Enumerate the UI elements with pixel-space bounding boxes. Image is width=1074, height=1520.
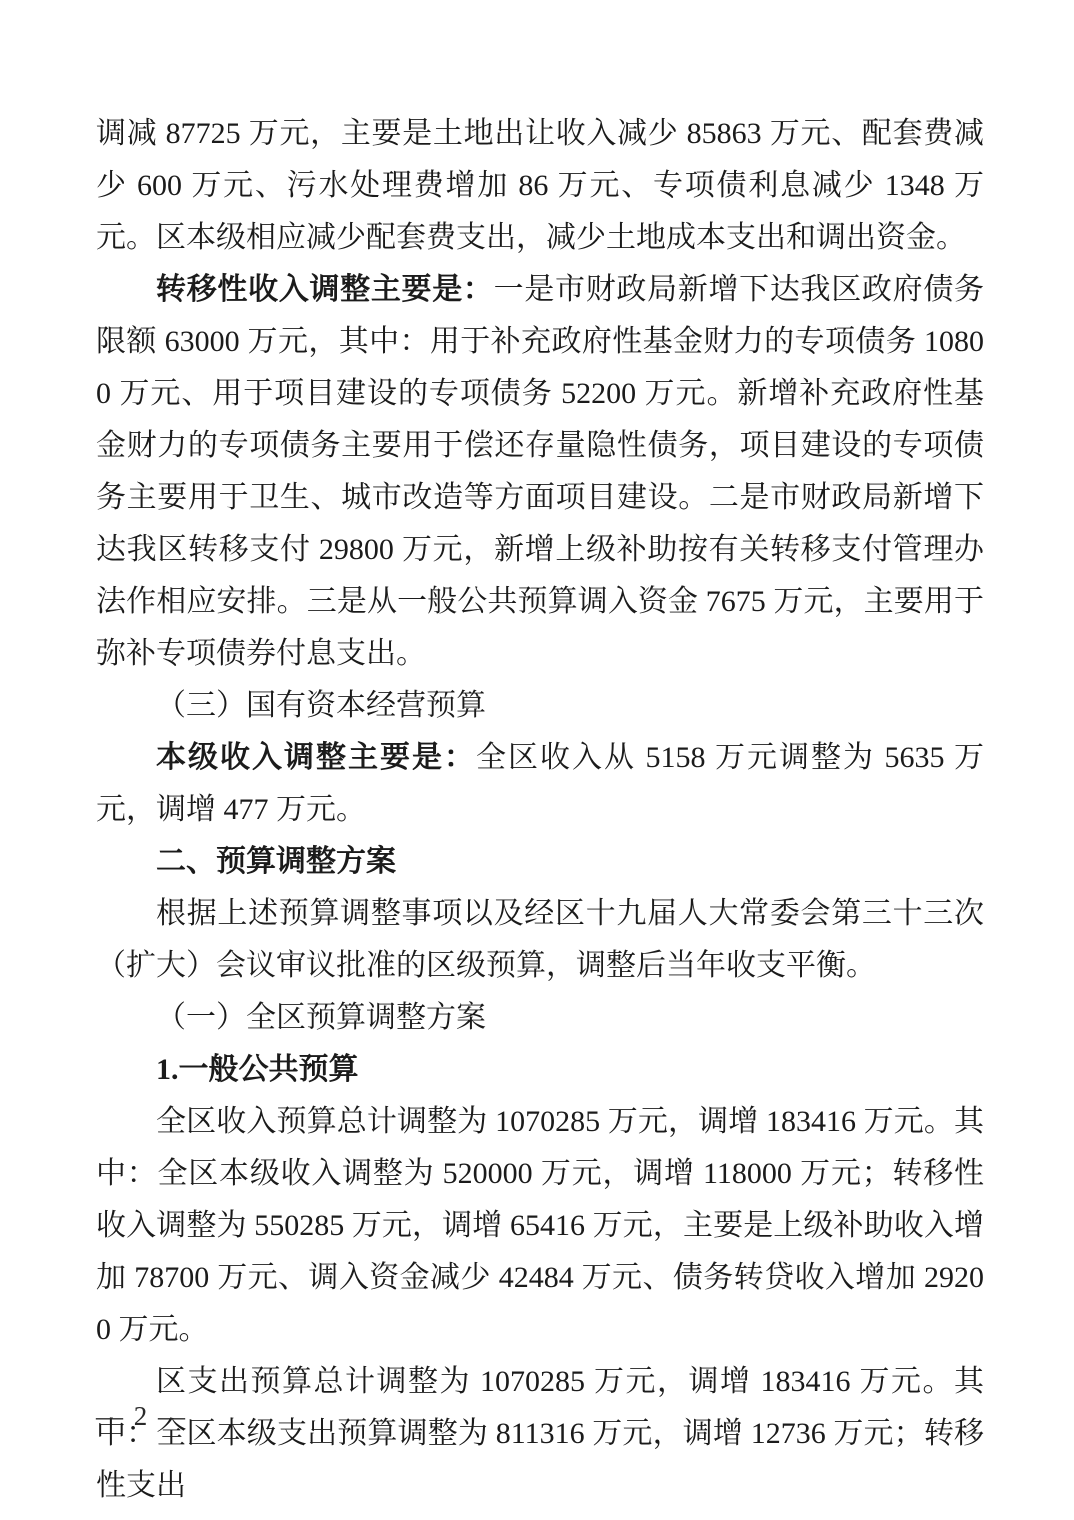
- paragraph-basis: 根据上述预算调整事项以及经区十九届人大常委会第三十三次（扩大）会议审议批准的区级…: [96, 888, 984, 992]
- page-number: — 2 —: [96, 1399, 187, 1433]
- paragraph-text: 全区收入预算总计调整为 1070285 万元，调增 183416 万元。其中：全…: [96, 1105, 984, 1346]
- subsection-heading-state-capital: （三）国有资本经营预算: [96, 680, 984, 732]
- document-page: 调减 87725 万元，主要是土地出让收入减少 85863 万元、配套费减少 6…: [0, 0, 1074, 1520]
- paragraph-income-budget: 全区收入预算总计调整为 1070285 万元，调增 183416 万元。其中：全…: [96, 1096, 984, 1356]
- paragraph-lead: 本级收入调整主要是：: [156, 741, 476, 774]
- paragraph-transfer-income: 转移性收入调整主要是：一是市财政局新增下达我区政府债务限额 63000 万元，其…: [96, 264, 984, 680]
- paragraph-text: 调减 87725 万元，主要是土地出让收入减少 85863 万元、配套费减少 6…: [96, 117, 984, 254]
- subsection-heading-general-public-budget: 1.一般公共预算: [96, 1044, 984, 1096]
- paragraph-text: 一是市财政局新增下达我区政府债务限额 63000 万元，其中：用于补充政府性基金…: [96, 273, 984, 670]
- paragraph-local-income: 本级收入调整主要是：全区收入从 5158 万元调整为 5635 万元，调增 47…: [96, 732, 984, 836]
- paragraph-continuation: 调减 87725 万元，主要是土地出让收入减少 85863 万元、配套费减少 6…: [96, 108, 984, 264]
- chapter-heading-adjustment-plan: 二、预算调整方案: [96, 836, 984, 888]
- paragraph-text: 区支出预算总计调整为 1070285 万元，调增 183416 万元。其中：全区…: [96, 1365, 984, 1502]
- paragraph-lead: 转移性收入调整主要是：: [156, 273, 494, 306]
- paragraph-expenditure-budget: 区支出预算总计调整为 1070285 万元，调增 183416 万元。其中：全区…: [96, 1356, 984, 1512]
- paragraph-text: 根据上述预算调整事项以及经区十九届人大常委会第三十三次（扩大）会议审议批准的区级…: [96, 897, 984, 982]
- subsection-heading-district-plan: （一）全区预算调整方案: [96, 992, 984, 1044]
- document-body: 调减 87725 万元，主要是土地出让收入减少 85863 万元、配套费减少 6…: [96, 108, 984, 1512]
